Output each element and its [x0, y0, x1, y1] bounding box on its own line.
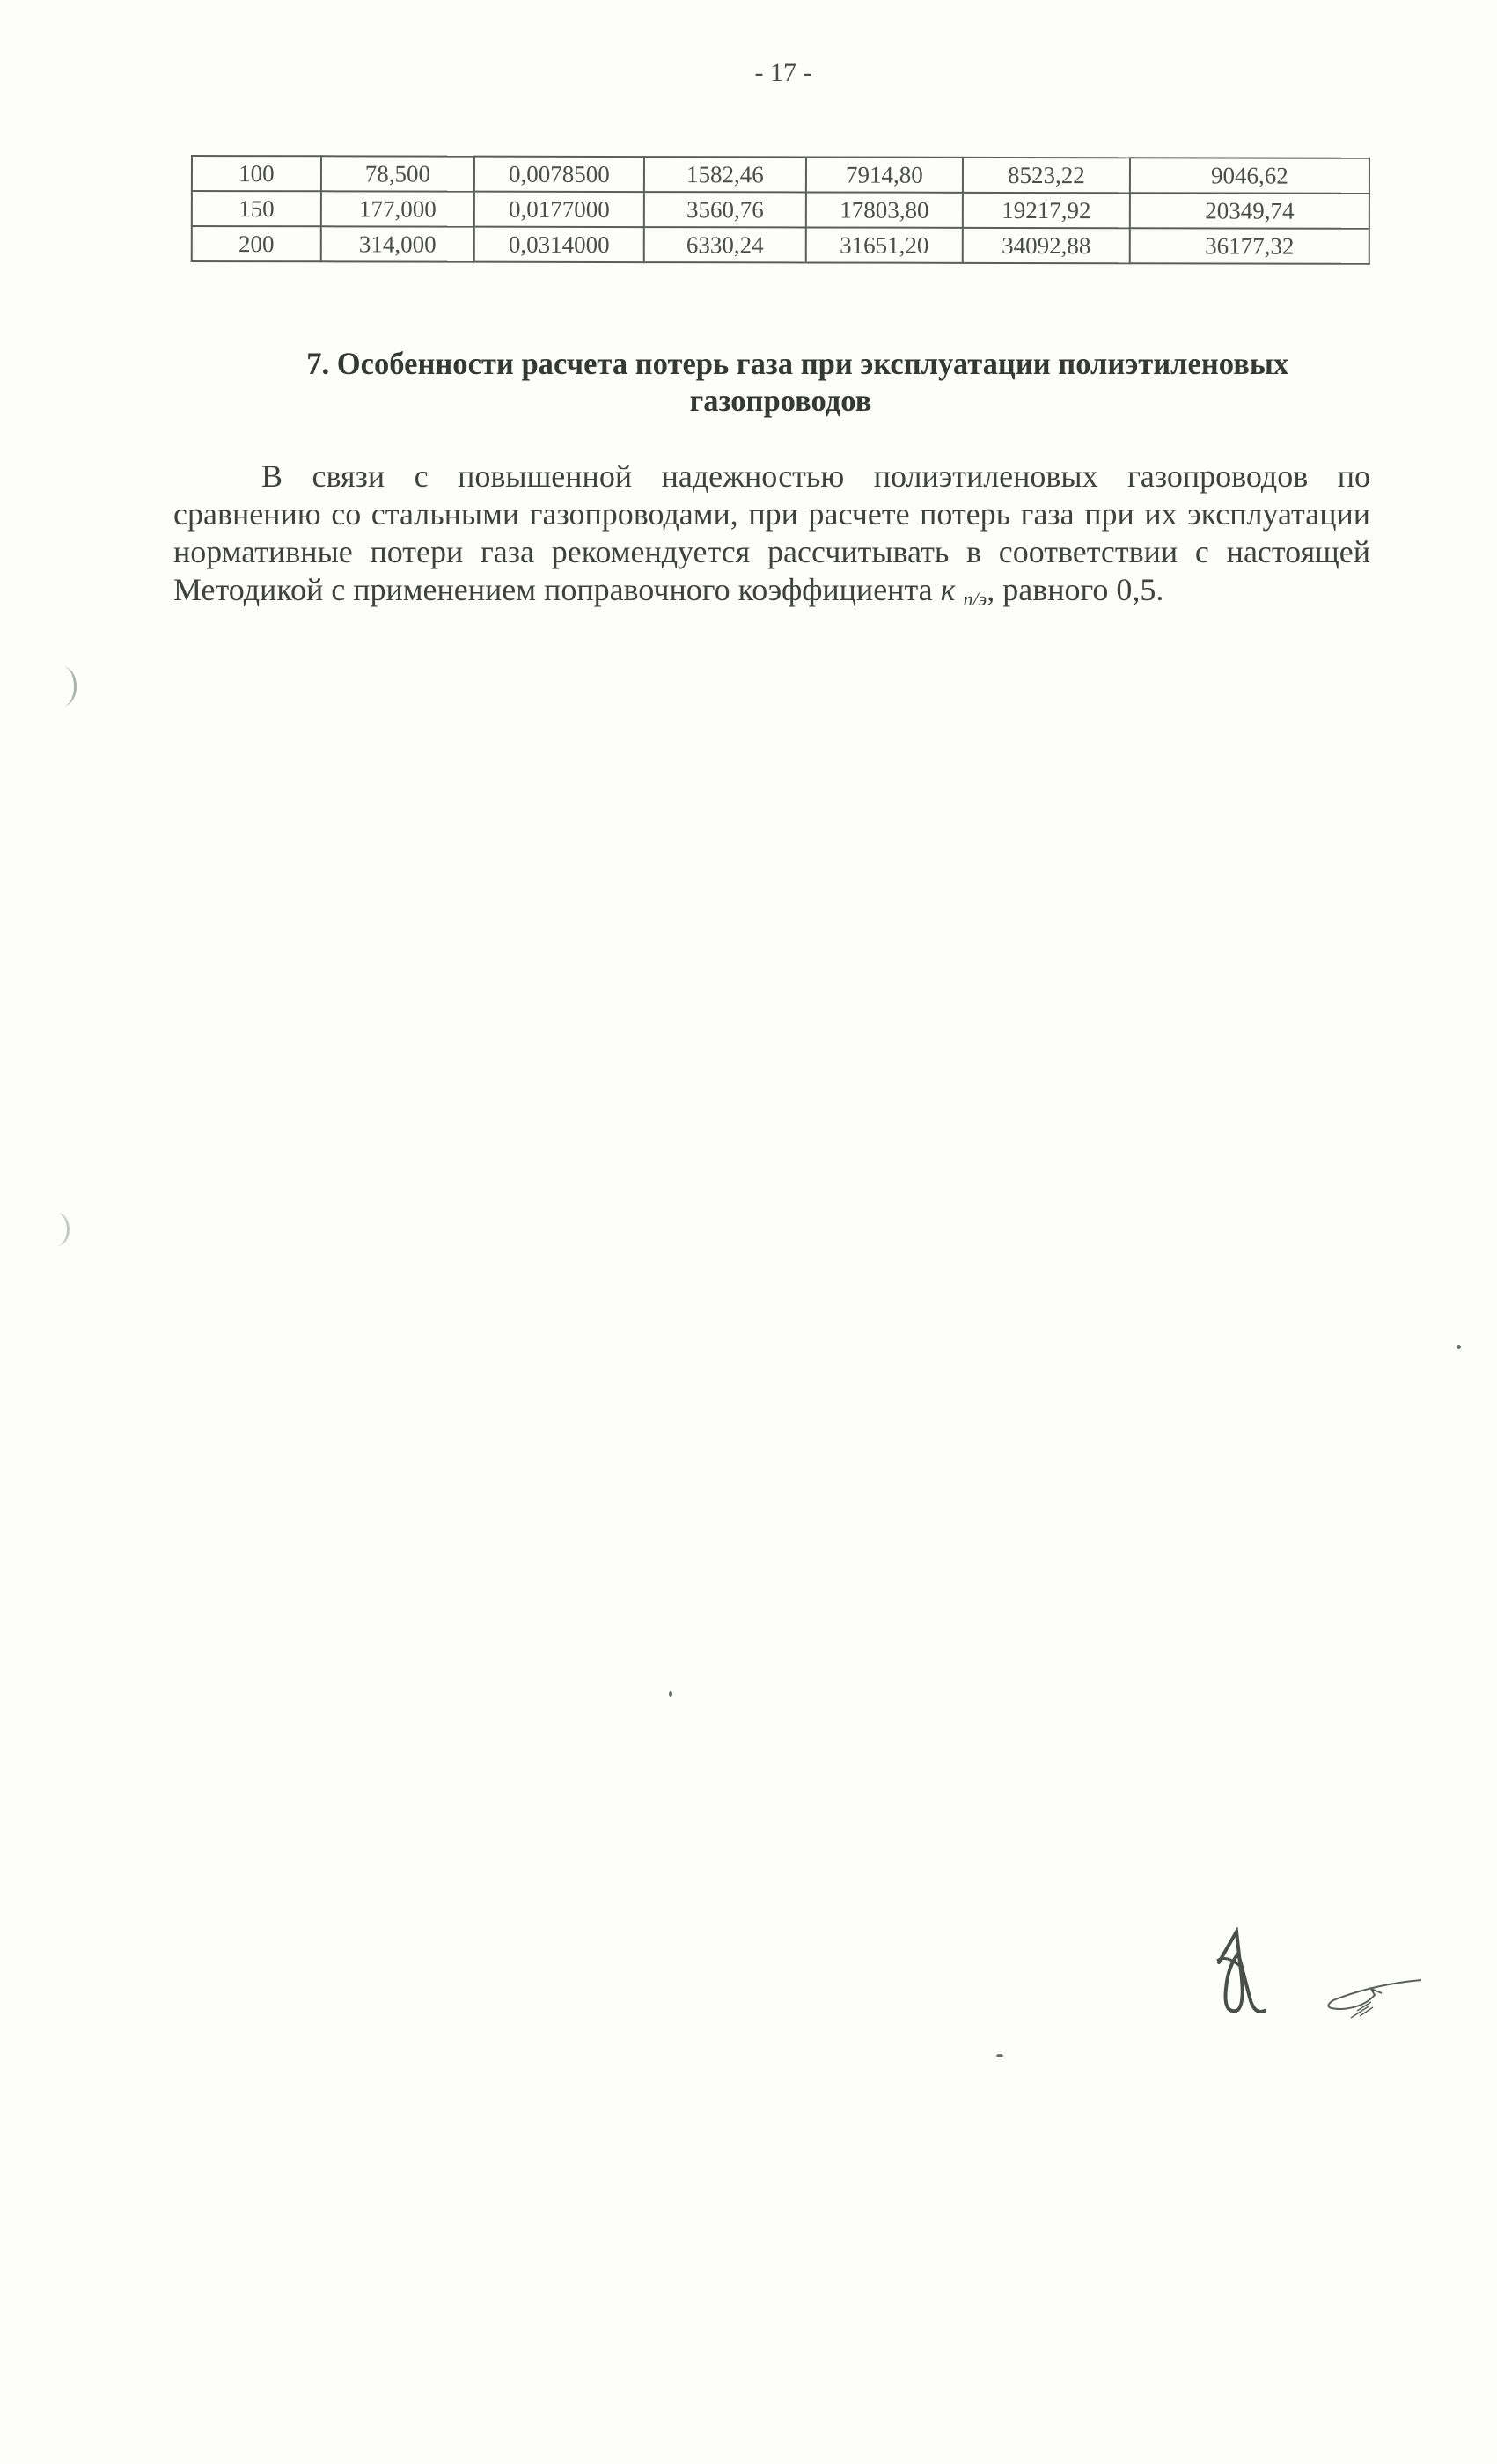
- section-heading-line-1: 7. Особенности расчета потерь газа при э…: [215, 345, 1347, 382]
- table-cell: 0,0177000: [474, 192, 644, 227]
- table-cell: 150: [192, 191, 321, 226]
- table-cell: 200: [192, 226, 321, 261]
- page-number: - 17 -: [0, 58, 1497, 88]
- table-cell: 177,000: [321, 191, 474, 226]
- table-cell: 1582,46: [644, 157, 806, 192]
- table-cell: 0,0078500: [474, 157, 644, 192]
- table-row: 200314,0000,03140006330,2431651,2034092,…: [192, 226, 1369, 264]
- table-cell: 6330,24: [644, 227, 806, 262]
- loss-values-table: 10078,5000,00785001582,467914,808523,229…: [191, 155, 1370, 265]
- table-cell: 100: [192, 156, 321, 191]
- table-row: 150177,0000,01770003560,7617803,8019217,…: [192, 191, 1369, 229]
- section-paragraph: В связи с повышенной надежностью полиэти…: [173, 458, 1370, 618]
- table-cell: 17803,80: [806, 192, 963, 227]
- section-heading: 7. Особенности расчета потерь газа при э…: [215, 345, 1347, 419]
- table-cell: 7914,80: [806, 157, 963, 192]
- table-cell: 31651,20: [806, 227, 963, 262]
- table-cell: 36177,32: [1130, 228, 1369, 264]
- table-cell: 78,500: [321, 156, 474, 191]
- table-cell: 34092,88: [963, 228, 1130, 263]
- table-cell: 314,000: [321, 226, 474, 261]
- punch-hole-mark: [44, 1213, 70, 1246]
- paragraph-text: В связи с повышенной надежностью полиэти…: [173, 458, 1370, 607]
- section-heading-line-2: газопроводов: [215, 382, 1347, 419]
- paragraph-tail: , равного 0,5.: [987, 572, 1163, 607]
- table-cell: 8523,22: [963, 158, 1130, 193]
- scan-speck: [1457, 1345, 1461, 1349]
- table-row: 10078,5000,00785001582,467914,808523,229…: [192, 156, 1369, 194]
- coefficient-symbol: к: [941, 572, 956, 607]
- punch-hole-mark: [51, 667, 77, 706]
- table-cell: 3560,76: [644, 192, 806, 227]
- table-cell: 9046,62: [1130, 158, 1369, 194]
- scan-speck: [996, 2054, 1003, 2057]
- coefficient-subscript: п/э: [963, 588, 987, 610]
- table-cell: 20349,74: [1130, 193, 1369, 229]
- signature-1: [1210, 1927, 1272, 2024]
- signature-2: [1320, 1976, 1426, 2028]
- scan-speck: [669, 1691, 672, 1697]
- table-cell: 19217,92: [963, 193, 1130, 228]
- table-cell: 0,0314000: [474, 227, 644, 262]
